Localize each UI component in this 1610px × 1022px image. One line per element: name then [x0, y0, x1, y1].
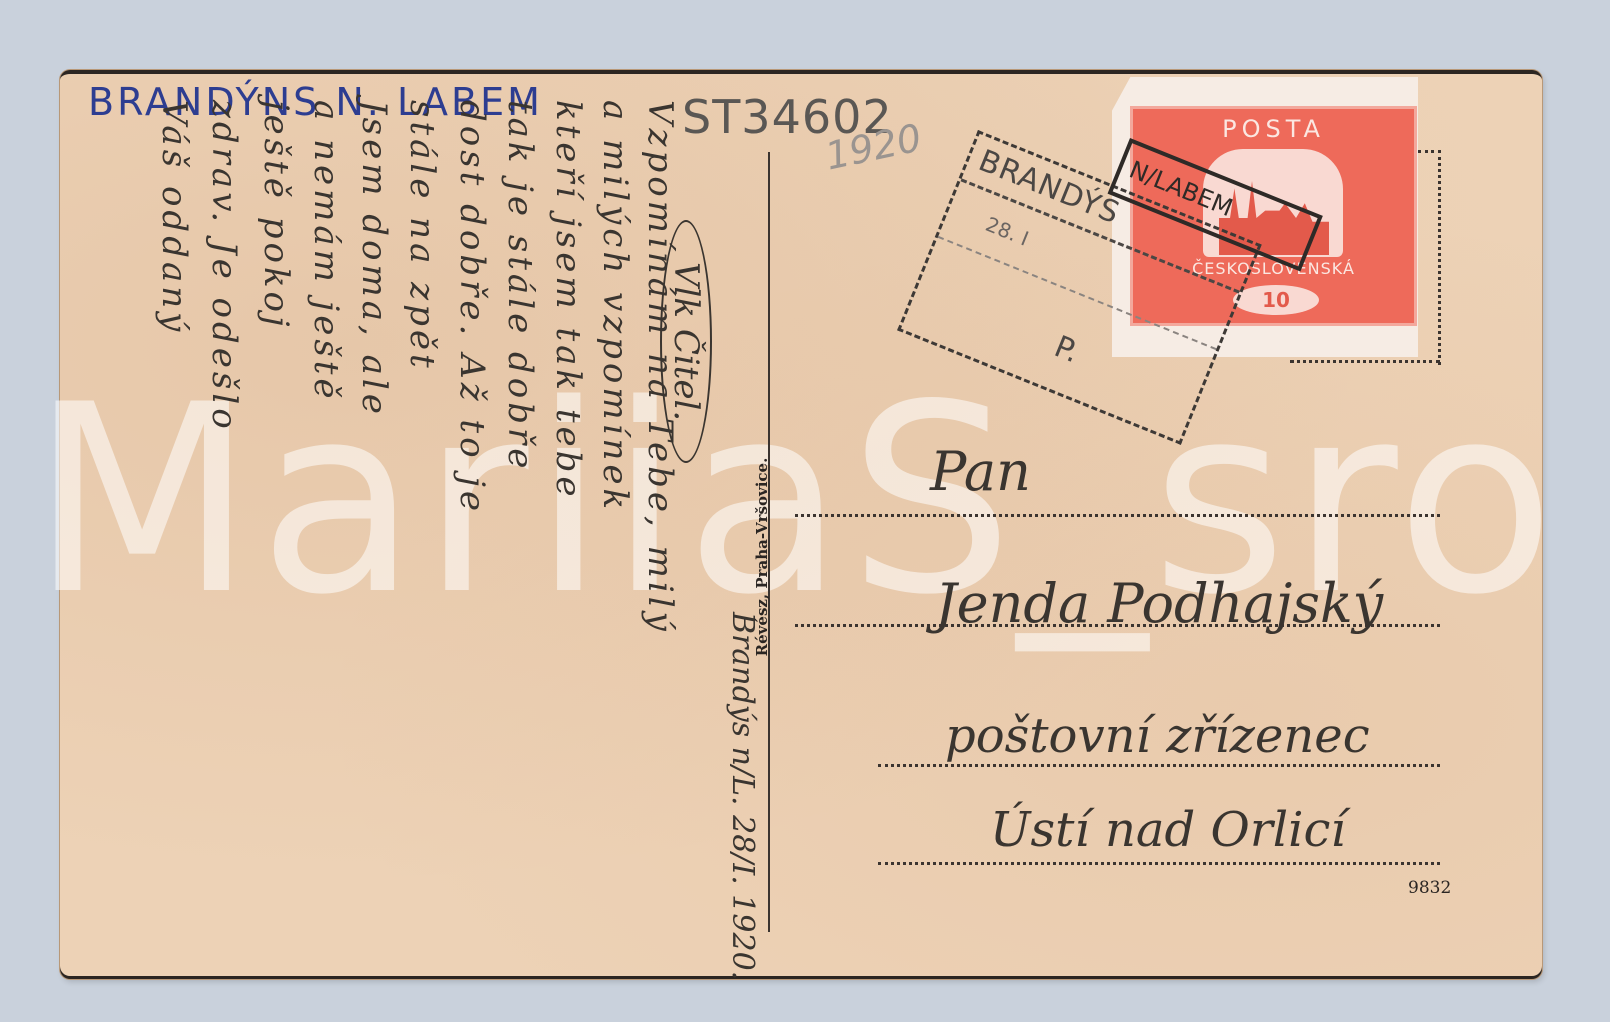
message-line: kteří jsem tak tebe	[548, 100, 588, 501]
address-line-4: Ústí nad Orlicí	[990, 802, 1346, 858]
postmark-date: 28. I	[982, 212, 1032, 251]
message-line: tak je stále dobře	[500, 100, 540, 472]
signature: Vlk Čitel.	[660, 220, 712, 463]
postmark-letter: P.	[1049, 329, 1083, 370]
stamp-top-text: POSTA	[1133, 115, 1414, 143]
message-line: stále na zpět	[402, 100, 442, 372]
stamp-box-outline	[1418, 150, 1441, 365]
message-line: Jsem doma, ale	[354, 100, 394, 418]
address-rule	[878, 862, 1440, 865]
address-rule	[795, 514, 1440, 517]
message-line: dost dobře. Až to je	[452, 100, 492, 515]
publisher-imprint: Révész, Praha-Vršovice.	[753, 407, 771, 707]
address-line-3: poštovní zřízenec	[945, 708, 1370, 764]
catalog-number: 9832	[1408, 878, 1451, 898]
address-line-1: Pan	[930, 440, 1031, 503]
handwritten-message: Vzpomínám na Tebe, milý a milých vzpomín…	[120, 100, 760, 960]
stamp-box-outline	[1290, 360, 1440, 363]
message-line: Váš oddaný	[154, 100, 194, 335]
message-line: a milých vzpomínek	[595, 100, 635, 513]
message-line: ještě pokoj	[256, 100, 296, 331]
address-rule	[878, 764, 1440, 767]
message-line: zdrav. Je odešlo	[204, 100, 244, 433]
message-line: a nemám ještě	[306, 100, 346, 403]
stamp-value: 10	[1233, 285, 1319, 315]
address-rule	[795, 624, 1440, 627]
postmark-rule	[938, 236, 1217, 350]
